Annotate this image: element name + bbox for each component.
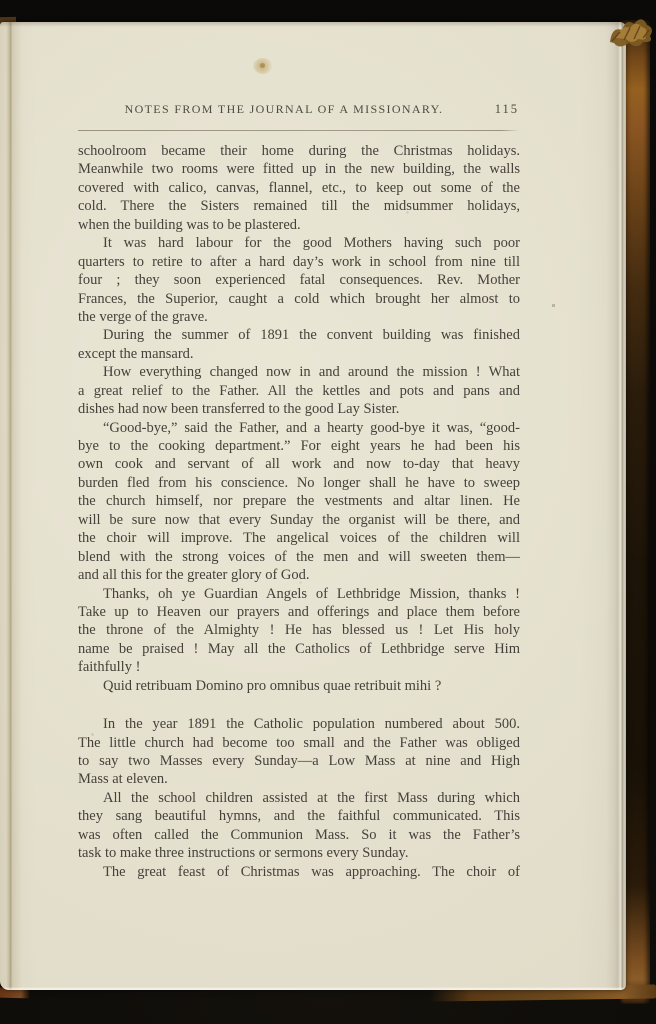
text-line: when the building was to be plastered. <box>78 216 520 234</box>
text-line: own cook and servant of all work and now… <box>78 455 520 473</box>
paragraph: schoolroom became their home during the … <box>78 142 520 234</box>
page-header: NOTES FROM THE JOURNAL OF A MISSIONARY. … <box>78 102 520 118</box>
text-line: Quid retribuam Domino pro omnibus quae r… <box>78 677 520 695</box>
paragraph: How everything changed now in and around… <box>78 363 520 418</box>
text-line: Mass at eleven. <box>78 770 520 788</box>
text-line: cold. There the Sisters remained till th… <box>78 197 520 215</box>
book-page: NOTES FROM THE JOURNAL OF A MISSIONARY. … <box>0 22 626 990</box>
text-line: Frances, the Superior, caught a cold whi… <box>78 290 520 308</box>
text-line: name be praised ! May all the Catholics … <box>78 640 520 658</box>
text-line: During the summer of 1891 the convent bu… <box>78 326 520 344</box>
text-line: the choir will improve. The angelical vo… <box>78 529 520 547</box>
text-line: “Good-bye,” said the Father, and a heart… <box>78 419 520 437</box>
text-line: bye to the cooking department.” For eigh… <box>78 437 520 455</box>
paragraph: “Good-bye,” said the Father, and a heart… <box>78 419 520 585</box>
page-number: 115 <box>495 102 519 117</box>
text-line: a great relief to the Father. All the ke… <box>78 382 520 400</box>
text-line: dishes had now been transferred to the g… <box>78 400 520 418</box>
text-block: schoolroom became their home during the … <box>78 142 520 881</box>
text-line: will be sure now that every Sunday the o… <box>78 511 520 529</box>
text-line: quarters to retire to after a hard day’s… <box>78 253 520 271</box>
text-line: task to make three instructions or sermo… <box>78 844 520 862</box>
text-line: All the school children assisted at the … <box>78 789 520 807</box>
text-line: It was hard labour for the good Mothers … <box>78 234 520 252</box>
paragraph: During the summer of 1891 the convent bu… <box>78 326 520 363</box>
text-line: The little church had become too small a… <box>78 734 520 752</box>
header-rule <box>78 130 519 131</box>
text-line: covered with calico, canvas, flannel, et… <box>78 179 520 197</box>
text-line: faithfully ! <box>78 658 520 676</box>
text-line: the verge of the grave. <box>78 308 520 326</box>
paragraph: All the school children assisted at the … <box>78 789 520 863</box>
text-line: The great feast of Christmas was approac… <box>78 863 520 881</box>
text-line: Thanks, oh ye Guardian Angels of Lethbri… <box>78 585 520 603</box>
text-line: was often called the Communion Mass. So … <box>78 826 520 844</box>
text-line: four ; they soon experienced fatal conse… <box>78 271 520 289</box>
text-line: In the year 1891 the Catholic population… <box>78 715 520 733</box>
paragraph: Thanks, oh ye Guardian Angels of Lethbri… <box>78 585 520 677</box>
paragraph: In the year 1891 the Catholic population… <box>78 715 520 789</box>
text-line: to say two Masses every Sunday—a Low Mas… <box>78 752 520 770</box>
text-line: except the mansard. <box>78 345 520 363</box>
text-line: Take up to Heaven our prayers and offeri… <box>78 603 520 621</box>
text-line: and all this for the greater glory of Go… <box>78 566 520 584</box>
scanned-book-photo: NOTES FROM THE JOURNAL OF A MISSIONARY. … <box>0 0 656 1024</box>
headband-tassel <box>600 12 656 54</box>
text-line: Meanwhile two rooms were fitted up in th… <box>78 160 520 178</box>
paragraph: Quid retribuam Domino pro omnibus quae r… <box>78 677 520 695</box>
paper-stain <box>253 58 273 74</box>
text-line: the throne of the Almighty ! He has bles… <box>78 621 520 639</box>
text-line: the church himself, nor prepare the vest… <box>78 492 520 510</box>
paragraph: The great feast of Christmas was approac… <box>78 863 520 881</box>
text-line: they sang beautiful hymns, and the faith… <box>78 807 520 825</box>
paper-specks <box>0 22 1 23</box>
text-line: How everything changed now in and around… <box>78 363 520 381</box>
text-line: blend with the strong voices of the men … <box>78 548 520 566</box>
text-line: burden fled from his conscience. No long… <box>78 474 520 492</box>
paragraph: It was hard labour for the good Mothers … <box>78 234 520 326</box>
running-title: NOTES FROM THE JOURNAL OF A MISSIONARY. <box>78 102 490 117</box>
text-line: schoolroom became their home during the … <box>78 142 520 160</box>
